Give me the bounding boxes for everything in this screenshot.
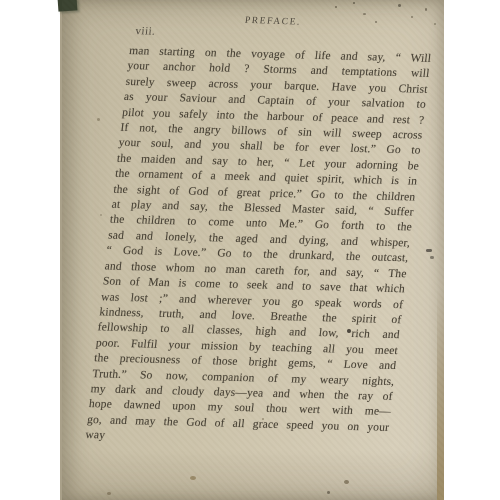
page-speckle xyxy=(335,6,337,8)
page-speckle xyxy=(97,118,100,121)
page-speckle xyxy=(434,23,436,25)
page-edge-mark xyxy=(58,0,78,12)
page-number: viii. xyxy=(135,25,156,37)
page-speckle xyxy=(363,13,366,15)
book-page: viii. PREFACE. man starting on the voyag… xyxy=(60,0,444,500)
page-speckle xyxy=(190,476,196,480)
page-speckle xyxy=(344,480,349,484)
page-speckle xyxy=(100,214,102,216)
page-smudge xyxy=(426,249,432,252)
running-title: PREFACE. xyxy=(244,16,301,28)
page-smudge xyxy=(430,256,434,259)
page-speckle xyxy=(107,492,111,495)
book-photo: viii. PREFACE. man starting on the voyag… xyxy=(0,0,500,500)
page-speckle xyxy=(411,16,413,18)
page-content: viii. PREFACE. man starting on the voyag… xyxy=(84,44,431,451)
page-speckle xyxy=(398,4,401,7)
page-speckle xyxy=(327,491,330,494)
page-speckle xyxy=(375,21,377,23)
page-edge-stack xyxy=(437,290,444,500)
page-speckle xyxy=(353,2,355,4)
page-speckle xyxy=(425,8,427,11)
body-text: man starting on the voyage of life and s… xyxy=(84,44,431,451)
